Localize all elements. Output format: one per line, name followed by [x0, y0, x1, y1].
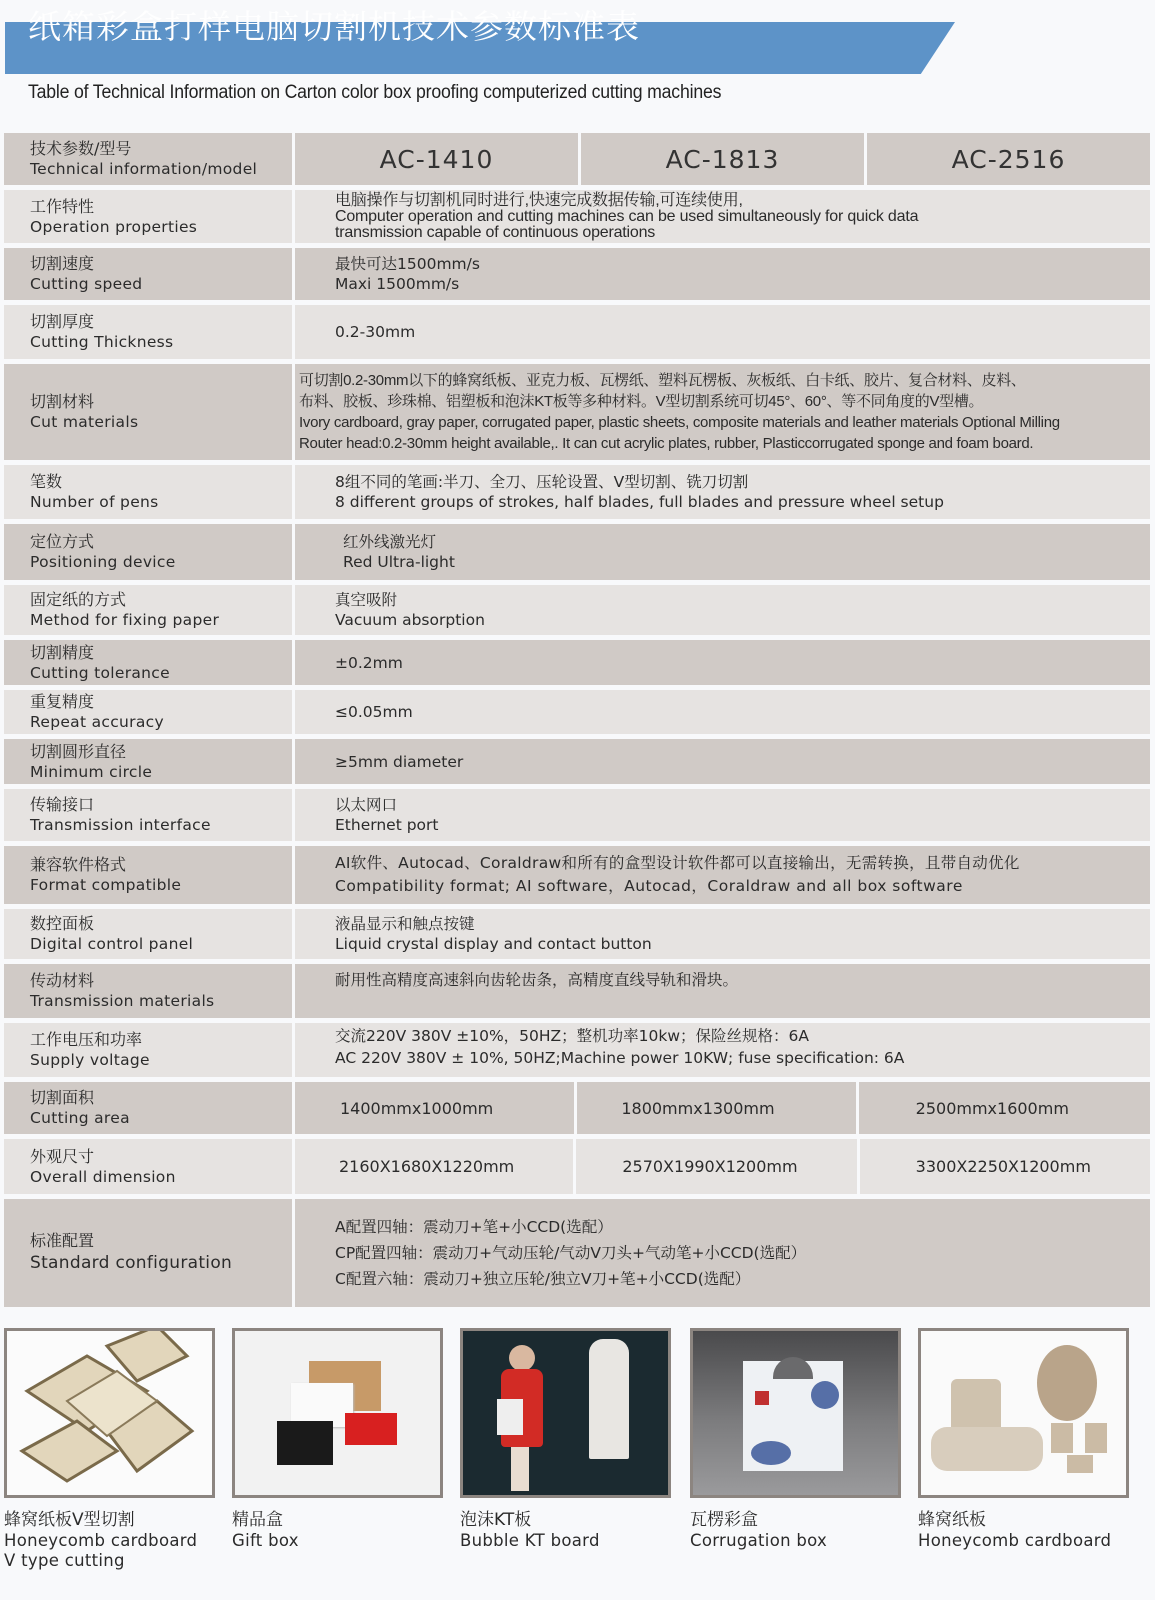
- label-en: Cut materials: [30, 412, 292, 432]
- row-label: 重复精度 Repeat accuracy: [4, 690, 292, 734]
- value-line: 8 different groups of strokes, half blad…: [335, 492, 1150, 512]
- value-line: 布料、胶板、珍珠棉、铝塑板和泡沫KT板等多种材料。V型切割系统可切45°、60°…: [299, 391, 1150, 412]
- table-row-positioning-device: 定位方式 Positioning device 红外线激光灯 Red Ultra…: [4, 524, 1150, 580]
- row-label: 外观尺寸 Overall dimension: [4, 1139, 292, 1194]
- label-en: Supply voltage: [30, 1050, 292, 1070]
- cutting-area-ac-1410: 1400mmx1000mm: [295, 1082, 574, 1134]
- row-label: 兼容软件格式 Format compatible: [4, 846, 292, 904]
- header-label-en: Technical information/model: [30, 159, 292, 179]
- spec-table: 技术参数/型号 Technical information/model AC-1…: [4, 133, 1150, 1312]
- cutting-area-ac-2516: 2500mmx1600mm: [859, 1082, 1150, 1134]
- kt-board-image: [460, 1328, 671, 1498]
- header-label-cn: 技术参数/型号: [30, 139, 292, 159]
- row-value: 0.2-30mm: [295, 305, 1150, 359]
- row-label: 数控面板 Digital control panel: [4, 909, 292, 959]
- page-title: 纸箱彩盒打样电脑切割机技术参数标准表: [28, 5, 640, 49]
- label-cn: 切割厚度: [30, 312, 292, 332]
- overall-dimension-values: 2160X1680X1220mm 2570X1990X1200mm 3300X2…: [295, 1139, 1150, 1194]
- row-value: 以太网口 Ethernet port: [295, 789, 1150, 841]
- row-label: 传输接口 Transmission interface: [4, 789, 292, 841]
- table-row-cutting-speed: 切割速度 Cutting speed 最快可达1500mm/s Maxi 150…: [4, 248, 1150, 300]
- honeycomb-cardboard-image: [918, 1328, 1129, 1498]
- row-value: 耐用性高精度高速斜向齿轮齿条，高精度直线导轨和滑块。: [295, 964, 1150, 1018]
- value-line: Red Ultra-light: [343, 552, 1150, 572]
- row-value: ±0.2mm: [295, 640, 1150, 685]
- value-line: C配置六轴：震动刀+独立压轮/独立V刀+笔+小CCD(选配）: [335, 1266, 1150, 1292]
- table-row-format-compatible: 兼容软件格式 Format compatible AI软件、Autocad、Co…: [4, 846, 1150, 904]
- row-value: ≤0.05mm: [295, 690, 1150, 734]
- row-label: 固定纸的方式 Method for fixing paper: [4, 585, 292, 635]
- label-en: Repeat accuracy: [30, 712, 292, 732]
- row-value: 8组不同的笔画:半刀、全刀、压轮设置、V型切割、铣刀切割 8 different…: [295, 465, 1150, 519]
- label-cn: 切割速度: [30, 254, 292, 274]
- row-label: 切割速度 Cutting speed: [4, 248, 292, 300]
- row-label: 笔数 Number of pens: [4, 465, 292, 519]
- row-label: 工作电压和功率 Supply voltage: [4, 1023, 292, 1077]
- gallery-caption-cn: 蜂窝纸板V型切割: [4, 1510, 217, 1531]
- label-en: Overall dimension: [30, 1167, 292, 1187]
- row-value: ≥5mm diameter: [295, 739, 1150, 784]
- value-line: Compatibility format; AI software，Autoca…: [335, 875, 1150, 898]
- label-en: Transmission materials: [30, 991, 292, 1011]
- gallery-caption-cn: 精品盒: [232, 1510, 445, 1531]
- label-cn: 传输接口: [30, 795, 292, 815]
- value-line: 最快可达1500mm/s: [335, 254, 1150, 274]
- table-row-operation-properties: 工作特性 Operation properties 电脑操作与切割机同时进行,快…: [4, 190, 1150, 243]
- row-label: 切割精度 Cutting tolerance: [4, 640, 292, 685]
- model-ac-1410: AC-1410: [295, 133, 578, 185]
- row-label: 工作特性 Operation properties: [4, 190, 292, 243]
- value-line: 电脑操作与切割机同时进行,快速完成数据传输,可连续使用,: [335, 193, 1150, 209]
- row-value: 液晶显示和触点按键 Liquid crystal display and con…: [295, 909, 1150, 959]
- value-line: 耐用性高精度高速斜向齿轮齿条，高精度直线导轨和滑块。: [335, 970, 1150, 990]
- value-line: A配置四轴：震动刀+笔+小CCD(选配）: [335, 1214, 1150, 1240]
- value-line: ≤0.05mm: [335, 702, 1150, 722]
- row-value: 可切割0.2-30mm以下的蜂窝纸板、亚克力板、瓦楞纸、塑料瓦楞板、灰板纸、白卡…: [295, 364, 1150, 460]
- value-line: AI软件、Autocad、Coraldraw和所有的盒型设计软件都可以直接输出，…: [335, 852, 1150, 875]
- value-line: Ivory cardboard, gray paper, corrugated …: [299, 412, 1150, 433]
- gallery-caption-en: Honeycomb cardboard V type cutting: [4, 1531, 204, 1571]
- model-ac-2516: AC-2516: [867, 133, 1150, 185]
- value-line: 液晶显示和触点按键: [335, 914, 1150, 934]
- label-cn: 工作特性: [30, 197, 292, 217]
- label-cn: 固定纸的方式: [30, 590, 292, 610]
- dimension-ac-2516: 3300X2250X1200mm: [860, 1139, 1150, 1194]
- label-en: Operation properties: [30, 217, 292, 237]
- value-line: Liquid crystal display and contact butto…: [335, 934, 1150, 954]
- label-cn: 工作电压和功率: [30, 1030, 292, 1050]
- label-en: Cutting speed: [30, 274, 292, 294]
- label-cn: 笔数: [30, 472, 292, 492]
- value-line: AC 220V 380V ± 10%, 50HZ;Machine power 1…: [335, 1047, 1150, 1069]
- table-row-supply-voltage: 工作电压和功率 Supply voltage 交流220V 380V ±10%，…: [4, 1023, 1150, 1077]
- corrugation-box-image: [690, 1328, 901, 1498]
- label-cn: 切割精度: [30, 643, 292, 663]
- table-row-cut-materials: 切割材料 Cut materials 可切割0.2-30mm以下的蜂窝纸板、亚克…: [4, 364, 1150, 460]
- row-value: 交流220V 380V ±10%，50HZ；整机功率10kw；保险丝规格：6A …: [295, 1023, 1150, 1077]
- value-line: ±0.2mm: [335, 653, 1150, 673]
- cutting-area-ac-1813: 1800mmx1300mm: [577, 1082, 855, 1134]
- table-row-standard-configuration: 标准配置 Standard configuration A配置四轴：震动刀+笔+…: [4, 1199, 1150, 1307]
- gallery-caption-cn: 蜂窝纸板: [918, 1510, 1131, 1531]
- gallery-item: 蜂窝纸板 Honeycomb cardboard: [918, 1328, 1131, 1551]
- label-cn: 兼容软件格式: [30, 855, 292, 875]
- value-line: transmission capable of continuous opera…: [335, 225, 1150, 241]
- row-value: AI软件、Autocad、Coraldraw和所有的盒型设计软件都可以直接输出，…: [295, 846, 1150, 904]
- gallery-caption-cn: 泡沫KT板: [460, 1510, 673, 1531]
- gallery-caption-en: Gift box: [232, 1531, 445, 1551]
- value-line: 可切割0.2-30mm以下的蜂窝纸板、亚克力板、瓦楞纸、塑料瓦楞板、灰板纸、白卡…: [299, 370, 1150, 391]
- row-label: 切割圆形直径 Minimum circle: [4, 739, 292, 784]
- row-label: 定位方式 Positioning device: [4, 524, 292, 580]
- table-row-minimum-circle: 切割圆形直径 Minimum circle ≥5mm diameter: [4, 739, 1150, 784]
- value-line: Vacuum absorption: [335, 610, 1150, 630]
- gallery-item: 泡沫KT板 Bubble KT board: [460, 1328, 673, 1551]
- dimension-ac-1410: 2160X1680X1220mm: [295, 1139, 573, 1194]
- table-row-transmission-materials: 传动材料 Transmission materials 耐用性高精度高速斜向齿轮…: [4, 964, 1150, 1018]
- table-row-digital-control-panel: 数控面板 Digital control panel 液晶显示和触点按键 Liq…: [4, 909, 1150, 959]
- table-row-cutting-area: 切割面积 Cutting area 1400mmx1000mm 1800mmx1…: [4, 1082, 1150, 1134]
- label-cn: 切割材料: [30, 392, 292, 412]
- label-cn: 数控面板: [30, 914, 292, 934]
- label-en: Positioning device: [30, 552, 292, 572]
- page-subtitle: Table of Technical Information on Carton…: [28, 82, 721, 104]
- value-line: Computer operation and cutting machines …: [335, 209, 1150, 225]
- honeycomb-v-cut-image: [4, 1328, 215, 1498]
- cutting-area-values: 1400mmx1000mm 1800mmx1300mm 2500mmx1600m…: [295, 1082, 1150, 1134]
- label-en: Digital control panel: [30, 934, 292, 954]
- value-line: 以太网口: [335, 795, 1150, 815]
- label-en: Cutting Thickness: [30, 332, 292, 352]
- row-value: A配置四轴：震动刀+笔+小CCD(选配） CP配置四轴：震动刀+气动压轮/气动V…: [295, 1199, 1150, 1307]
- label-en: Transmission interface: [30, 815, 292, 835]
- label-en: Number of pens: [30, 492, 292, 512]
- row-value: 红外线激光灯 Red Ultra-light: [295, 524, 1150, 580]
- label-cn: 外观尺寸: [30, 1147, 292, 1167]
- row-value: 真空吸附 Vacuum absorption: [295, 585, 1150, 635]
- gallery-caption-en: Corrugation box: [690, 1531, 903, 1551]
- dimension-ac-1813: 2570X1990X1200mm: [576, 1139, 856, 1194]
- honeycomb-panel-icon: [7, 1331, 212, 1495]
- table-row-number-of-pens: 笔数 Number of pens 8组不同的笔画:半刀、全刀、压轮设置、V型切…: [4, 465, 1150, 519]
- gift-box-image: [232, 1328, 443, 1498]
- table-row-fixing-paper: 固定纸的方式 Method for fixing paper 真空吸附 Vacu…: [4, 585, 1150, 635]
- row-label: 切割面积 Cutting area: [4, 1082, 292, 1134]
- label-en: Cutting tolerance: [30, 663, 292, 683]
- gallery-item: 蜂窝纸板V型切割 Honeycomb cardboard V type cutt…: [4, 1328, 217, 1571]
- model-ac-1813: AC-1813: [581, 133, 864, 185]
- row-label: 切割材料 Cut materials: [4, 364, 292, 460]
- gallery-item: 瓦楞彩盒 Corrugation box: [690, 1328, 903, 1551]
- table-row-cutting-thickness: 切割厚度 Cutting Thickness 0.2-30mm: [4, 305, 1150, 359]
- gallery-caption-en: Honeycomb cardboard: [918, 1531, 1131, 1551]
- value-line: Maxi 1500mm/s: [335, 274, 1150, 294]
- label-en: Format compatible: [30, 875, 292, 895]
- gallery-caption-en: Bubble KT board: [460, 1531, 673, 1551]
- label-cn: 切割圆形直径: [30, 742, 292, 762]
- value-line: 红外线激光灯: [343, 532, 1150, 552]
- value-line: 0.2-30mm: [335, 322, 1150, 342]
- label-en: Minimum circle: [30, 762, 292, 782]
- label-cn: 传动材料: [30, 971, 292, 991]
- label-cn: 切割面积: [30, 1088, 292, 1108]
- table-row-overall-dimension: 外观尺寸 Overall dimension 2160X1680X1220mm …: [4, 1139, 1150, 1194]
- value-line: CP配置四轴：震动刀+气动压轮/气动V刀头+气动笔+小CCD(选配）: [335, 1240, 1150, 1266]
- value-line: ≥5mm diameter: [335, 752, 1150, 772]
- value-line: 真空吸附: [335, 590, 1150, 610]
- row-value: 最快可达1500mm/s Maxi 1500mm/s: [295, 248, 1150, 300]
- value-line: Ethernet port: [335, 815, 1150, 835]
- gallery-caption-cn: 瓦楞彩盒: [690, 1510, 903, 1531]
- model-columns: AC-1410 AC-1813 AC-2516: [295, 133, 1150, 185]
- header-label-cell: 技术参数/型号 Technical information/model: [4, 133, 292, 185]
- label-en: Standard configuration: [30, 1251, 292, 1275]
- table-row-repeat-accuracy: 重复精度 Repeat accuracy ≤0.05mm: [4, 690, 1150, 734]
- label-en: Method for fixing paper: [30, 610, 292, 630]
- label-cn: 定位方式: [30, 532, 292, 552]
- table-row-cutting-tolerance: 切割精度 Cutting tolerance ±0.2mm: [4, 640, 1150, 685]
- application-gallery: 蜂窝纸板V型切割 Honeycomb cardboard V type cutt…: [4, 1328, 1152, 1600]
- row-label: 标准配置 Standard configuration: [4, 1199, 292, 1307]
- row-label: 传动材料 Transmission materials: [4, 964, 292, 1018]
- table-header-row: 技术参数/型号 Technical information/model AC-1…: [4, 133, 1150, 185]
- value-line: 交流220V 380V ±10%，50HZ；整机功率10kw；保险丝规格：6A: [335, 1025, 1150, 1047]
- row-label: 切割厚度 Cutting Thickness: [4, 305, 292, 359]
- table-row-transmission-interface: 传输接口 Transmission interface 以太网口 Etherne…: [4, 789, 1150, 841]
- gallery-item: 精品盒 Gift box: [232, 1328, 445, 1551]
- label-cn: 标准配置: [30, 1231, 292, 1251]
- label-cn: 重复精度: [30, 692, 292, 712]
- label-en: Cutting area: [30, 1108, 292, 1128]
- value-line: Router head:0.2-30mm height available,. …: [299, 433, 1150, 454]
- value-line: 8组不同的笔画:半刀、全刀、压轮设置、V型切割、铣刀切割: [335, 472, 1150, 492]
- row-value: 电脑操作与切割机同时进行,快速完成数据传输,可连续使用, Computer op…: [295, 190, 1150, 243]
